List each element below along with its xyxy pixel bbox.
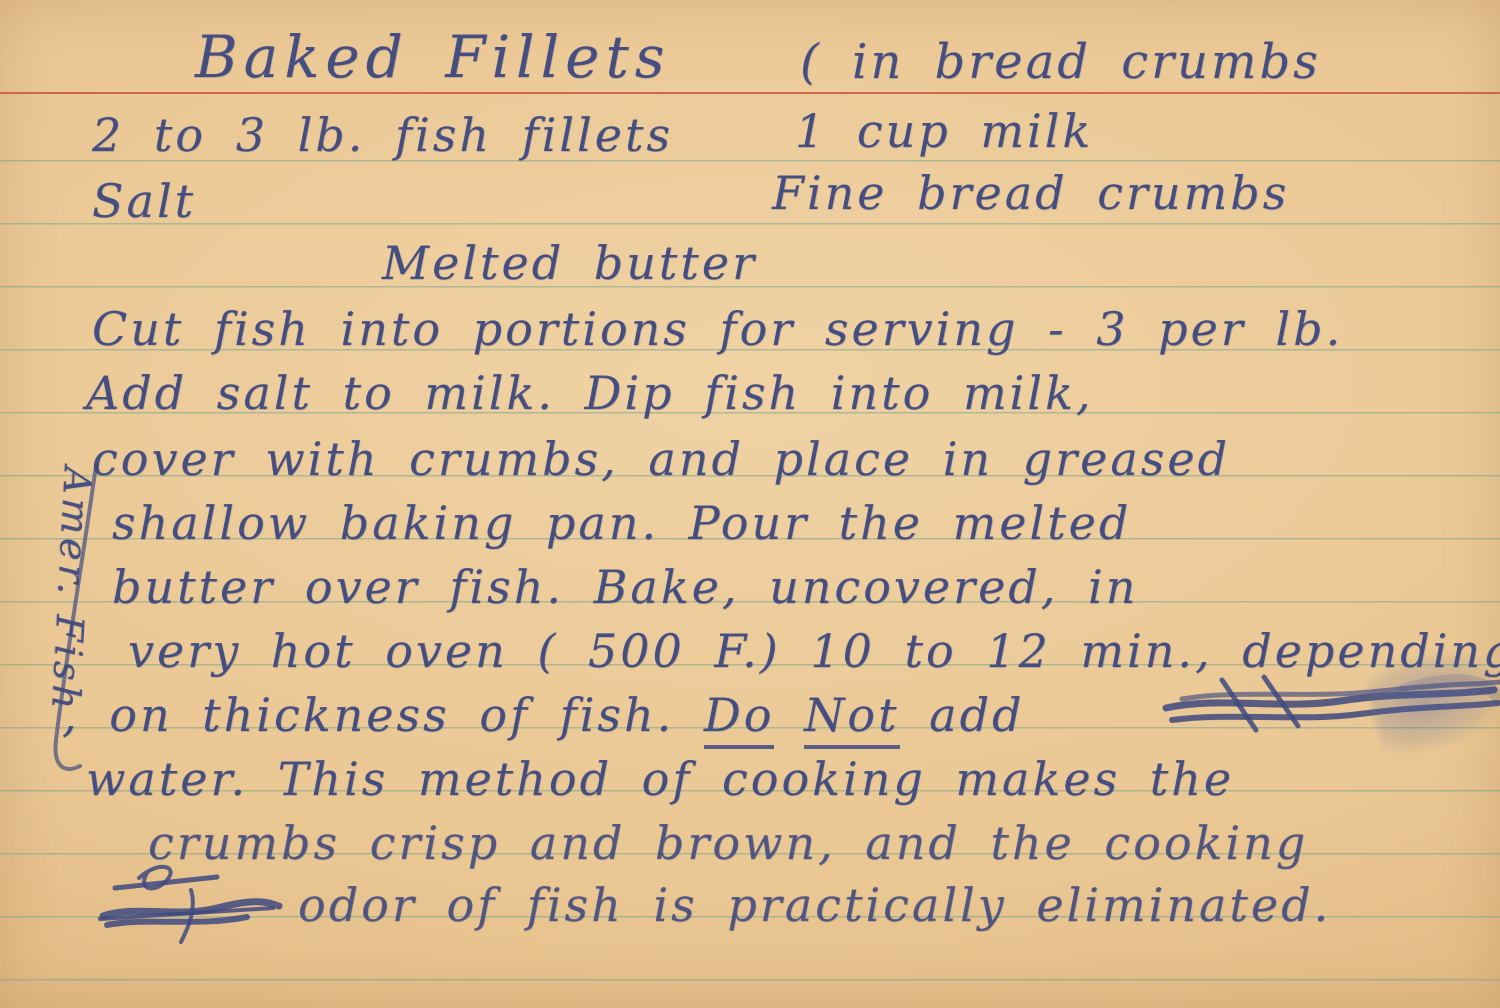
instruction-line: Cut fish into portions for serving - 3 p… — [92, 306, 1343, 352]
instruction-line: Add salt to milk. Dip fish into milk, — [86, 370, 1093, 416]
recipe-card: Baked Fillets ( in bread crumbs 2 to 3 l… — [0, 0, 1500, 1008]
ingredient-line: 1 cup milk — [795, 108, 1093, 154]
recipe-title: Baked Fillets — [195, 28, 671, 86]
margin-note-area: Amer. Fish — [6, 458, 126, 803]
instruction-line: odor of fish is practically eliminated. — [298, 882, 1331, 928]
instruction-text: , on thickness of fish. — [62, 688, 674, 742]
ingredient-line: Fine bread crumbs — [772, 170, 1289, 216]
not-underlined: Not — [804, 688, 899, 749]
instruction-line: cover with crumbs, and place in greased — [92, 436, 1230, 482]
scribbled-out-word — [95, 858, 285, 948]
instruction-line: , on thickness of fish. Do Not add — [62, 692, 1024, 738]
instruction-line: crumbs crisp and brown, and the cooking — [148, 820, 1308, 866]
title-annotation: ( in bread crumbs — [800, 38, 1321, 86]
instruction-text: add — [929, 688, 1024, 742]
instruction-line: water. This method of cooking makes the — [86, 756, 1234, 802]
do-underlined: Do — [704, 688, 775, 749]
instruction-line: shallow baking pan. Pour the melted — [112, 500, 1131, 546]
ingredient-line: 2 to 3 lb. fish fillets — [92, 112, 673, 158]
ingredient-line: Melted butter — [382, 240, 757, 286]
instruction-line: butter over fish. Bake, uncovered, in — [112, 564, 1138, 610]
ingredient-line: Salt — [92, 178, 196, 224]
red-header-rule — [0, 92, 1500, 94]
